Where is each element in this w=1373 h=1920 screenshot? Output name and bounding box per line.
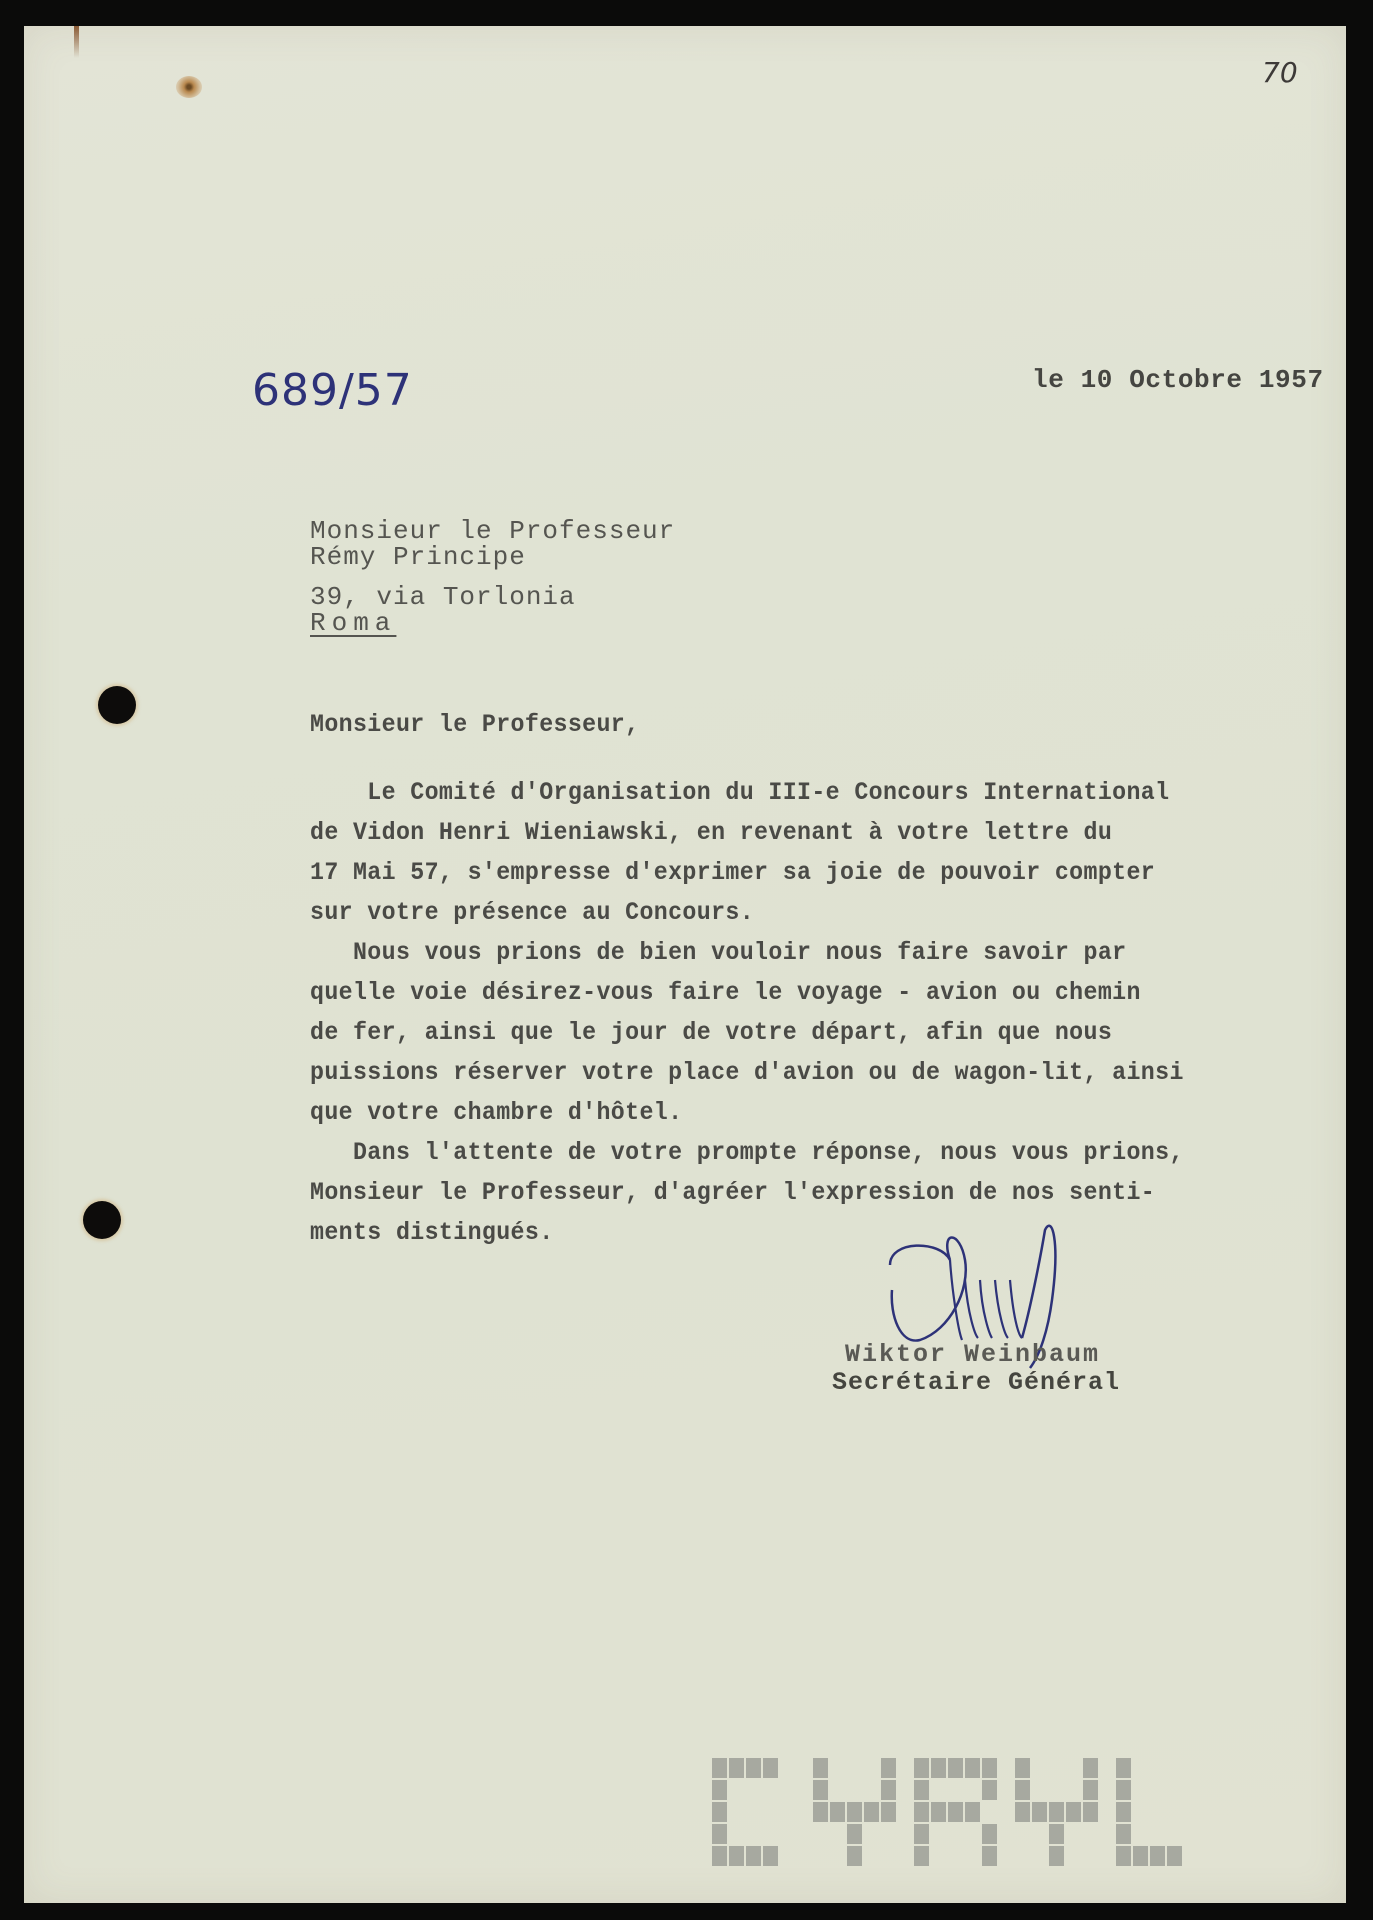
signatory-name: Wiktor Weinbaum xyxy=(845,1340,1100,1369)
watermark-letter-y xyxy=(813,1758,896,1866)
body-line: quelle voie désirez-vous faire le voyage… xyxy=(310,978,1141,1007)
letter-date: le 10 Octobre 1957 xyxy=(1032,365,1324,395)
folio-number: 70 xyxy=(1262,56,1298,89)
watermark-letter-y xyxy=(1015,1758,1098,1866)
body-line: Le Comité d'Organisation du III-e Concou… xyxy=(310,778,1169,807)
body-line: Nous vous prions de bien vouloir nous fa… xyxy=(310,938,1126,967)
body-line: puissions réserver votre place d'avion o… xyxy=(310,1058,1184,1087)
body-line: sur votre présence au Concours. xyxy=(310,898,754,927)
body-line: 17 Mai 57, s'empresse d'exprimer sa joie… xyxy=(310,858,1155,887)
body-line: de Vidon Henri Wieniawski, en revenant à… xyxy=(310,818,1112,847)
body-line: Dans l'attente de votre prompte réponse,… xyxy=(310,1138,1184,1167)
body-line: ments distingués. xyxy=(310,1218,554,1247)
edge-stain xyxy=(74,26,79,58)
watermark-letter-r xyxy=(914,1758,997,1866)
reference-number: 689/57 xyxy=(252,365,413,416)
body-line: de fer, ainsi que le jour de votre dépar… xyxy=(310,1018,1112,1047)
rust-stain xyxy=(176,76,202,98)
watermark-letter-c xyxy=(712,1758,795,1866)
cyryl-watermark-logo xyxy=(712,1758,1199,1866)
body-line: Monsieur le Professeur, d'agréer l'expre… xyxy=(310,1178,1155,1207)
signatory-title: Secrétaire Général xyxy=(832,1368,1120,1397)
punch-hole-top xyxy=(98,686,136,724)
punch-hole-bottom xyxy=(83,1201,121,1239)
salutation: Monsieur le Professeur, xyxy=(310,710,639,739)
watermark-letter-l xyxy=(1116,1758,1199,1866)
body-line: que votre chambre d'hôtel. xyxy=(310,1098,682,1127)
recipient-line-2: Rémy Principe xyxy=(310,542,526,572)
recipient-city: Roma xyxy=(310,608,396,638)
